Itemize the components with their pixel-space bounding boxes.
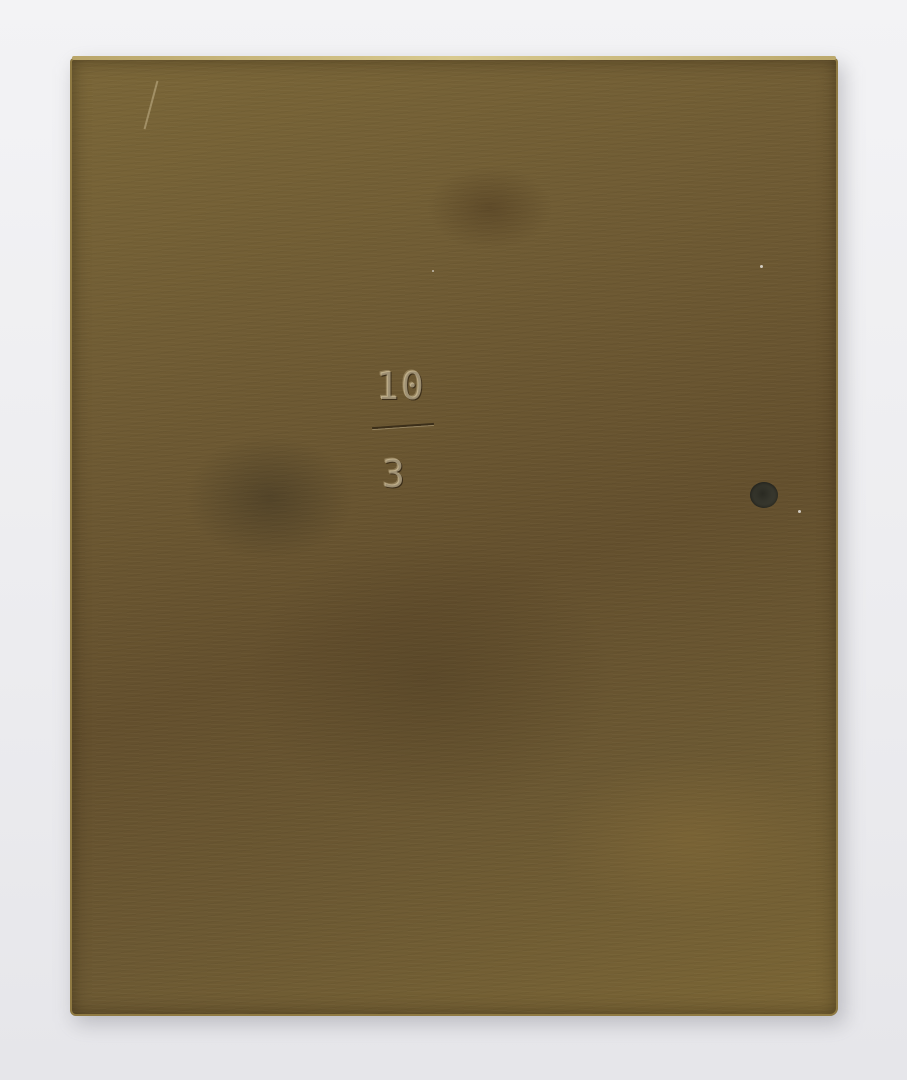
stamp-numerator: 10 <box>376 364 426 408</box>
plaque-top-edge <box>72 56 836 60</box>
surface-speck <box>798 510 801 513</box>
surface-speck <box>432 270 434 272</box>
bronze-plaque <box>70 58 838 1016</box>
stamp-denominator: 3 <box>382 452 407 496</box>
drill-hole <box>750 482 778 508</box>
surface-speck <box>760 265 763 268</box>
